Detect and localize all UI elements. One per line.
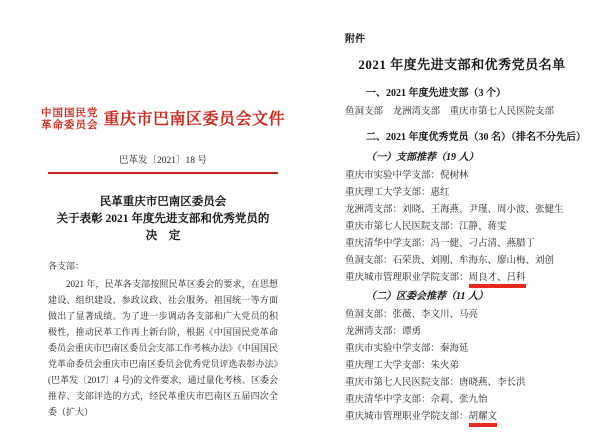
document-title-line1: 民革重庆市巴南区委员会 — [48, 194, 278, 211]
org-name-stacked: 中国国民党 革命委员会 — [41, 108, 99, 132]
section-2-heading-main: 二、2021 年度优秀党员（30 名） — [366, 132, 511, 143]
member-list-item: 重庆理工大学支部：惠红 — [345, 188, 579, 198]
letterhead-title: 重庆市巴南区委员会文件 — [104, 108, 286, 132]
member-list-item: 重庆市第七人民医院支部：江静、蒋雯 — [345, 222, 579, 232]
member-list-item: 重庆清华中学支部：冯一健、刁占清、燕腊丁 — [345, 239, 579, 249]
section-2-heading-note: （排名不分先后） — [511, 132, 586, 143]
attachment-label: 附件 — [345, 30, 579, 45]
member-list-item: 重庆理工大学支部：朱火弟 — [345, 361, 579, 371]
body-paragraph: 2021 年，民革各支部按照民革区委会的要求，在思想建设、组织建设、参政议政、社… — [48, 276, 278, 420]
member-list-item: 龙洲湾支部：谭勇 — [345, 327, 579, 337]
member-list-item-prefix: 重庆城市管理职业学院支部： — [345, 412, 469, 422]
section-2-heading: 二、2021 年度优秀党员（30 名）（排名不分先后） — [345, 132, 579, 144]
member-list-item: 重庆清华中学支部：佘莉、张九怡 — [345, 395, 579, 405]
letterhead: 中国国民党 革命委员会 重庆市巴南区委员会文件 — [48, 108, 278, 132]
org-name-line2: 革命委员会 — [41, 120, 99, 132]
attachment-title: 2021 年度先进支部和优秀党员名单 — [345, 54, 579, 73]
salutation: 各支部： — [48, 259, 278, 272]
document-title-line2: 关于表彰 2021 年度先进支部和优秀党员的 — [48, 211, 278, 228]
member-list-item: 重庆市第七人民医院支部：唐晓燕、李长洪 — [345, 378, 579, 388]
document-title: 民革重庆市巴南区委员会 关于表彰 2021 年度先进支部和优秀党员的 决 定 — [48, 194, 278, 245]
member-list-item: 重庆市实验中学支部：秦海延 — [345, 344, 579, 354]
decision-document-page: 中国国民党 革命委员会 重庆市巴南区委员会文件 巴革发〔2021〕18 号 民革… — [48, 0, 278, 420]
member-list-item: 重庆城市管理职业学院支部：周良才、吕科 — [345, 273, 579, 283]
member-list-item: 重庆市实验中学支部：倪树林 — [345, 171, 579, 181]
org-name-line1: 中国国民党 — [41, 108, 99, 120]
subsection-2-heading: （二）区委会推荐（11 人） — [345, 291, 579, 303]
red-divider-line — [48, 172, 278, 174]
document-number: 巴革发〔2021〕18 号 — [48, 152, 278, 166]
member-list-item-prefix: 重庆城市管理职业学院支部： — [345, 273, 469, 283]
red-underlined-name: 胡耀文 — [469, 412, 498, 427]
member-list-item: 重庆城市管理职业学院支部：胡耀文 — [345, 412, 579, 422]
red-underlined-names: 周良才、吕科 — [469, 273, 526, 288]
advanced-branches-list: 鱼洞支部 龙洲湾支部 重庆市第七人民医院支部 — [345, 107, 579, 117]
section-1-heading: 一、2021 年度先进支部（3 个） — [345, 88, 579, 100]
attachment-list-page: 附件 2021 年度先进支部和优秀党员名单 一、2021 年度先进支部（3 个）… — [345, 0, 579, 422]
member-list-item: 龙洲湾支部：刘晓、王海燕、尹瑾、周小波、张健生 — [345, 205, 579, 215]
subsection-1-heading: （一）支部推荐（19 人） — [345, 152, 579, 164]
member-list-item: 鱼洞支部：张薇、李文川、马亮 — [345, 310, 579, 320]
document-title-line3: 决 定 — [48, 228, 278, 245]
member-list-item: 鱼洞支部：石荣贵、刘刚、牟海东、廖山梅、刘创 — [345, 256, 579, 266]
document-scan: 中国国民党 革命委员会 重庆市巴南区委员会文件 巴革发〔2021〕18 号 民革… — [0, 0, 599, 441]
